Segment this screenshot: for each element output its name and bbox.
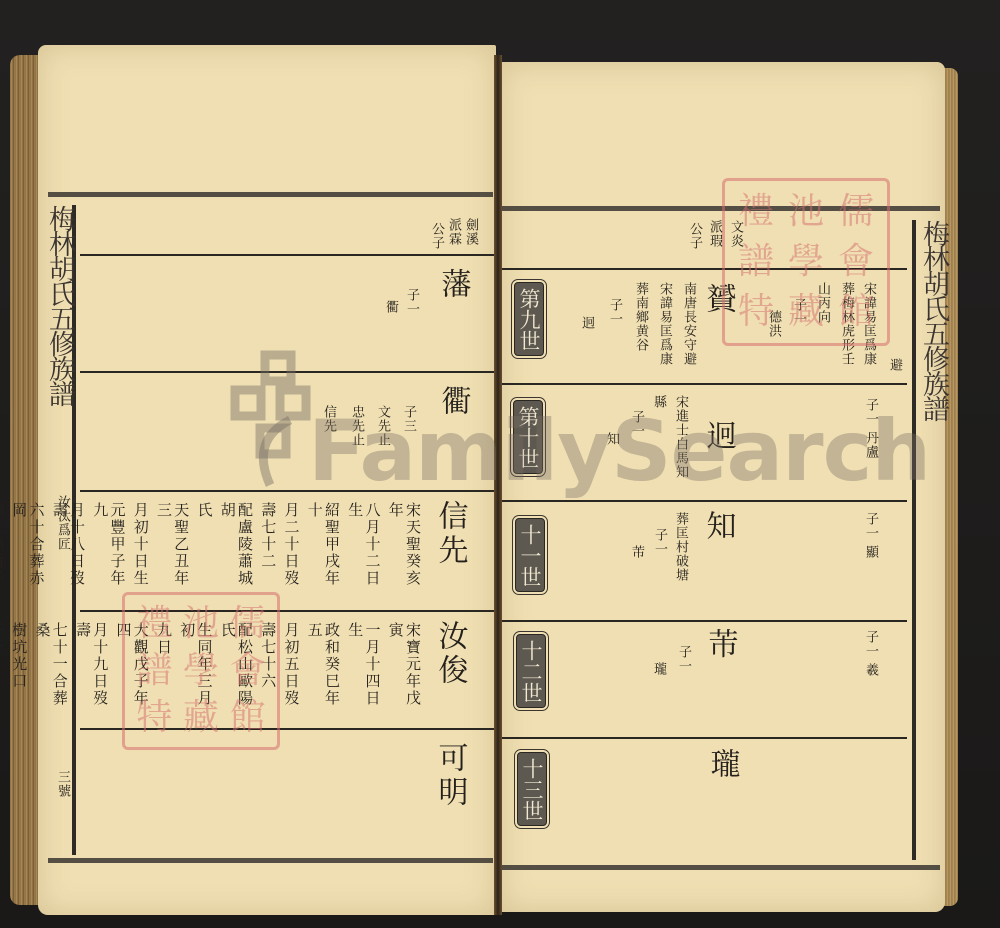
note: 文先止 [374,405,389,447]
seal-char: 特 [136,699,172,737]
note: 月初五日歿 [282,622,299,722]
note: 子一 [0,622,4,722]
bottom-border [48,858,493,863]
red-seal-stamp: 禮 池 儒 譜 學 會 特 藏 館 [122,592,280,750]
generation-label: 第九世 [514,282,544,356]
seal-char: 館 [230,699,266,737]
note: 知 [603,432,618,446]
generation-label: 十一世 [515,518,545,592]
seal-char: 儒 [838,193,874,231]
person-name: 汝俊 [432,620,467,688]
side-note: 子一 羲 [862,630,877,710]
seal-char: 藏 [183,699,219,737]
note: 信先 [320,405,335,433]
person-name: 藩 [435,268,470,302]
person-name: 知 [700,510,735,544]
note: 子一 [606,298,621,326]
row-divider [502,500,907,502]
header-text: 公子 [428,222,443,250]
note: 政和癸巳年五 [306,622,341,722]
note: 月十九日歿壽 [74,622,109,722]
seal-char: 館 [838,293,874,331]
right-margin-rule [912,220,916,860]
note: 宋天聖癸亥年 [387,502,422,602]
row-divider [502,737,907,739]
biography-block: 宋天聖癸亥年 八月十二日生 紹聖甲戌年十 月二十日歿 壽七十二 配盧陵蕭城胡 氏… [96,502,421,602]
note: 忠先止 [348,405,363,447]
note: 樹坑光口 [10,622,27,722]
note: 紹聖甲戌年十 [306,502,341,602]
note: 壽七十二 [259,502,276,602]
generation-label: 十二世 [516,634,546,708]
note: 縣 [650,395,665,409]
note: 八月十二日生 [346,502,381,602]
note: 明止德丙子年 [0,502,4,602]
row-divider [80,490,494,492]
seal-char: 會 [230,652,266,690]
row-divider [502,383,907,385]
note: 子一 [628,410,643,438]
page-number: 三號 [54,770,69,798]
seal-char: 譜 [136,652,172,690]
seal-char: 會 [838,243,874,281]
red-seal-stamp: 禮 池 儒 譜 學 會 特 藏 館 [722,178,890,346]
note: 子一 [403,288,418,316]
note: 子一 [651,528,666,556]
bottom-border [502,865,940,870]
note: 子一 [675,645,690,673]
generation-label: 十三世 [517,752,547,826]
note: 月初十日生 [132,502,149,602]
note: 葬匡村破塘 [672,512,687,582]
note: 月十八日歿壽 [51,502,86,602]
side-note: 子一 丹盧 [862,398,877,478]
person-name: 衢 [435,385,470,419]
note: 芾 [628,545,643,559]
seal-char: 藏 [788,293,824,331]
note: 宋進士白馬知 [672,395,687,479]
note: 月二十日歿 [282,502,299,602]
note: 六十合葬赤岡 [10,502,45,602]
header-text: 劍溪 [462,218,477,246]
note: 子三 [400,405,415,433]
person-name: 芾 [702,628,737,662]
note: 南唐長安守避 [680,282,695,366]
row-divider [502,620,907,622]
book-title-left: 梅林胡氏五修族譜 [44,205,75,405]
book-title-right: 梅林胡氏五修族譜 [918,220,949,420]
note: 七十一合葬桑 [33,622,68,722]
row-divider [80,254,494,256]
header-text: 公子 [686,222,701,250]
left-page [38,45,496,915]
person-name: 信先 [432,500,467,568]
note: 一月十四日生 [346,622,381,722]
note: 迥 [578,316,593,330]
seal-char: 學 [788,243,824,281]
person-name: 迥 [700,420,735,454]
top-border [48,192,493,197]
seal-char: 儒 [230,605,266,643]
seal-char: 譜 [738,243,774,281]
note: 衢 [382,300,397,314]
person-name: 可明 [432,742,467,810]
seal-char: 禮 [136,605,172,643]
book-gutter [494,55,502,915]
note: 瓏 [650,662,665,676]
generation-label: 第十世 [513,400,543,474]
side-note: 避 [886,358,901,372]
note: 天聖乙丑年三 [155,502,190,602]
header-text: 派瑕 [706,220,721,248]
seal-char: 禮 [738,193,774,231]
row-divider [80,371,494,373]
header-text: 派霖 [445,218,460,246]
note: 氏 [195,502,212,602]
note: 葬南鄉黄谷 [632,282,647,352]
note: 宋諱易匡爲康 [656,282,671,366]
seal-char: 特 [738,293,774,331]
side-note: 子一 顯 [862,512,877,592]
person-name: 瓏 [704,748,739,782]
seal-char: 池 [183,605,219,643]
note: 宋寶元年戊寅 [387,622,422,722]
note: 元豐甲子年九 [91,502,126,602]
seal-char: 池 [788,193,824,231]
seal-char: 學 [183,652,219,690]
note: 配盧陵蕭城胡 [219,502,254,602]
